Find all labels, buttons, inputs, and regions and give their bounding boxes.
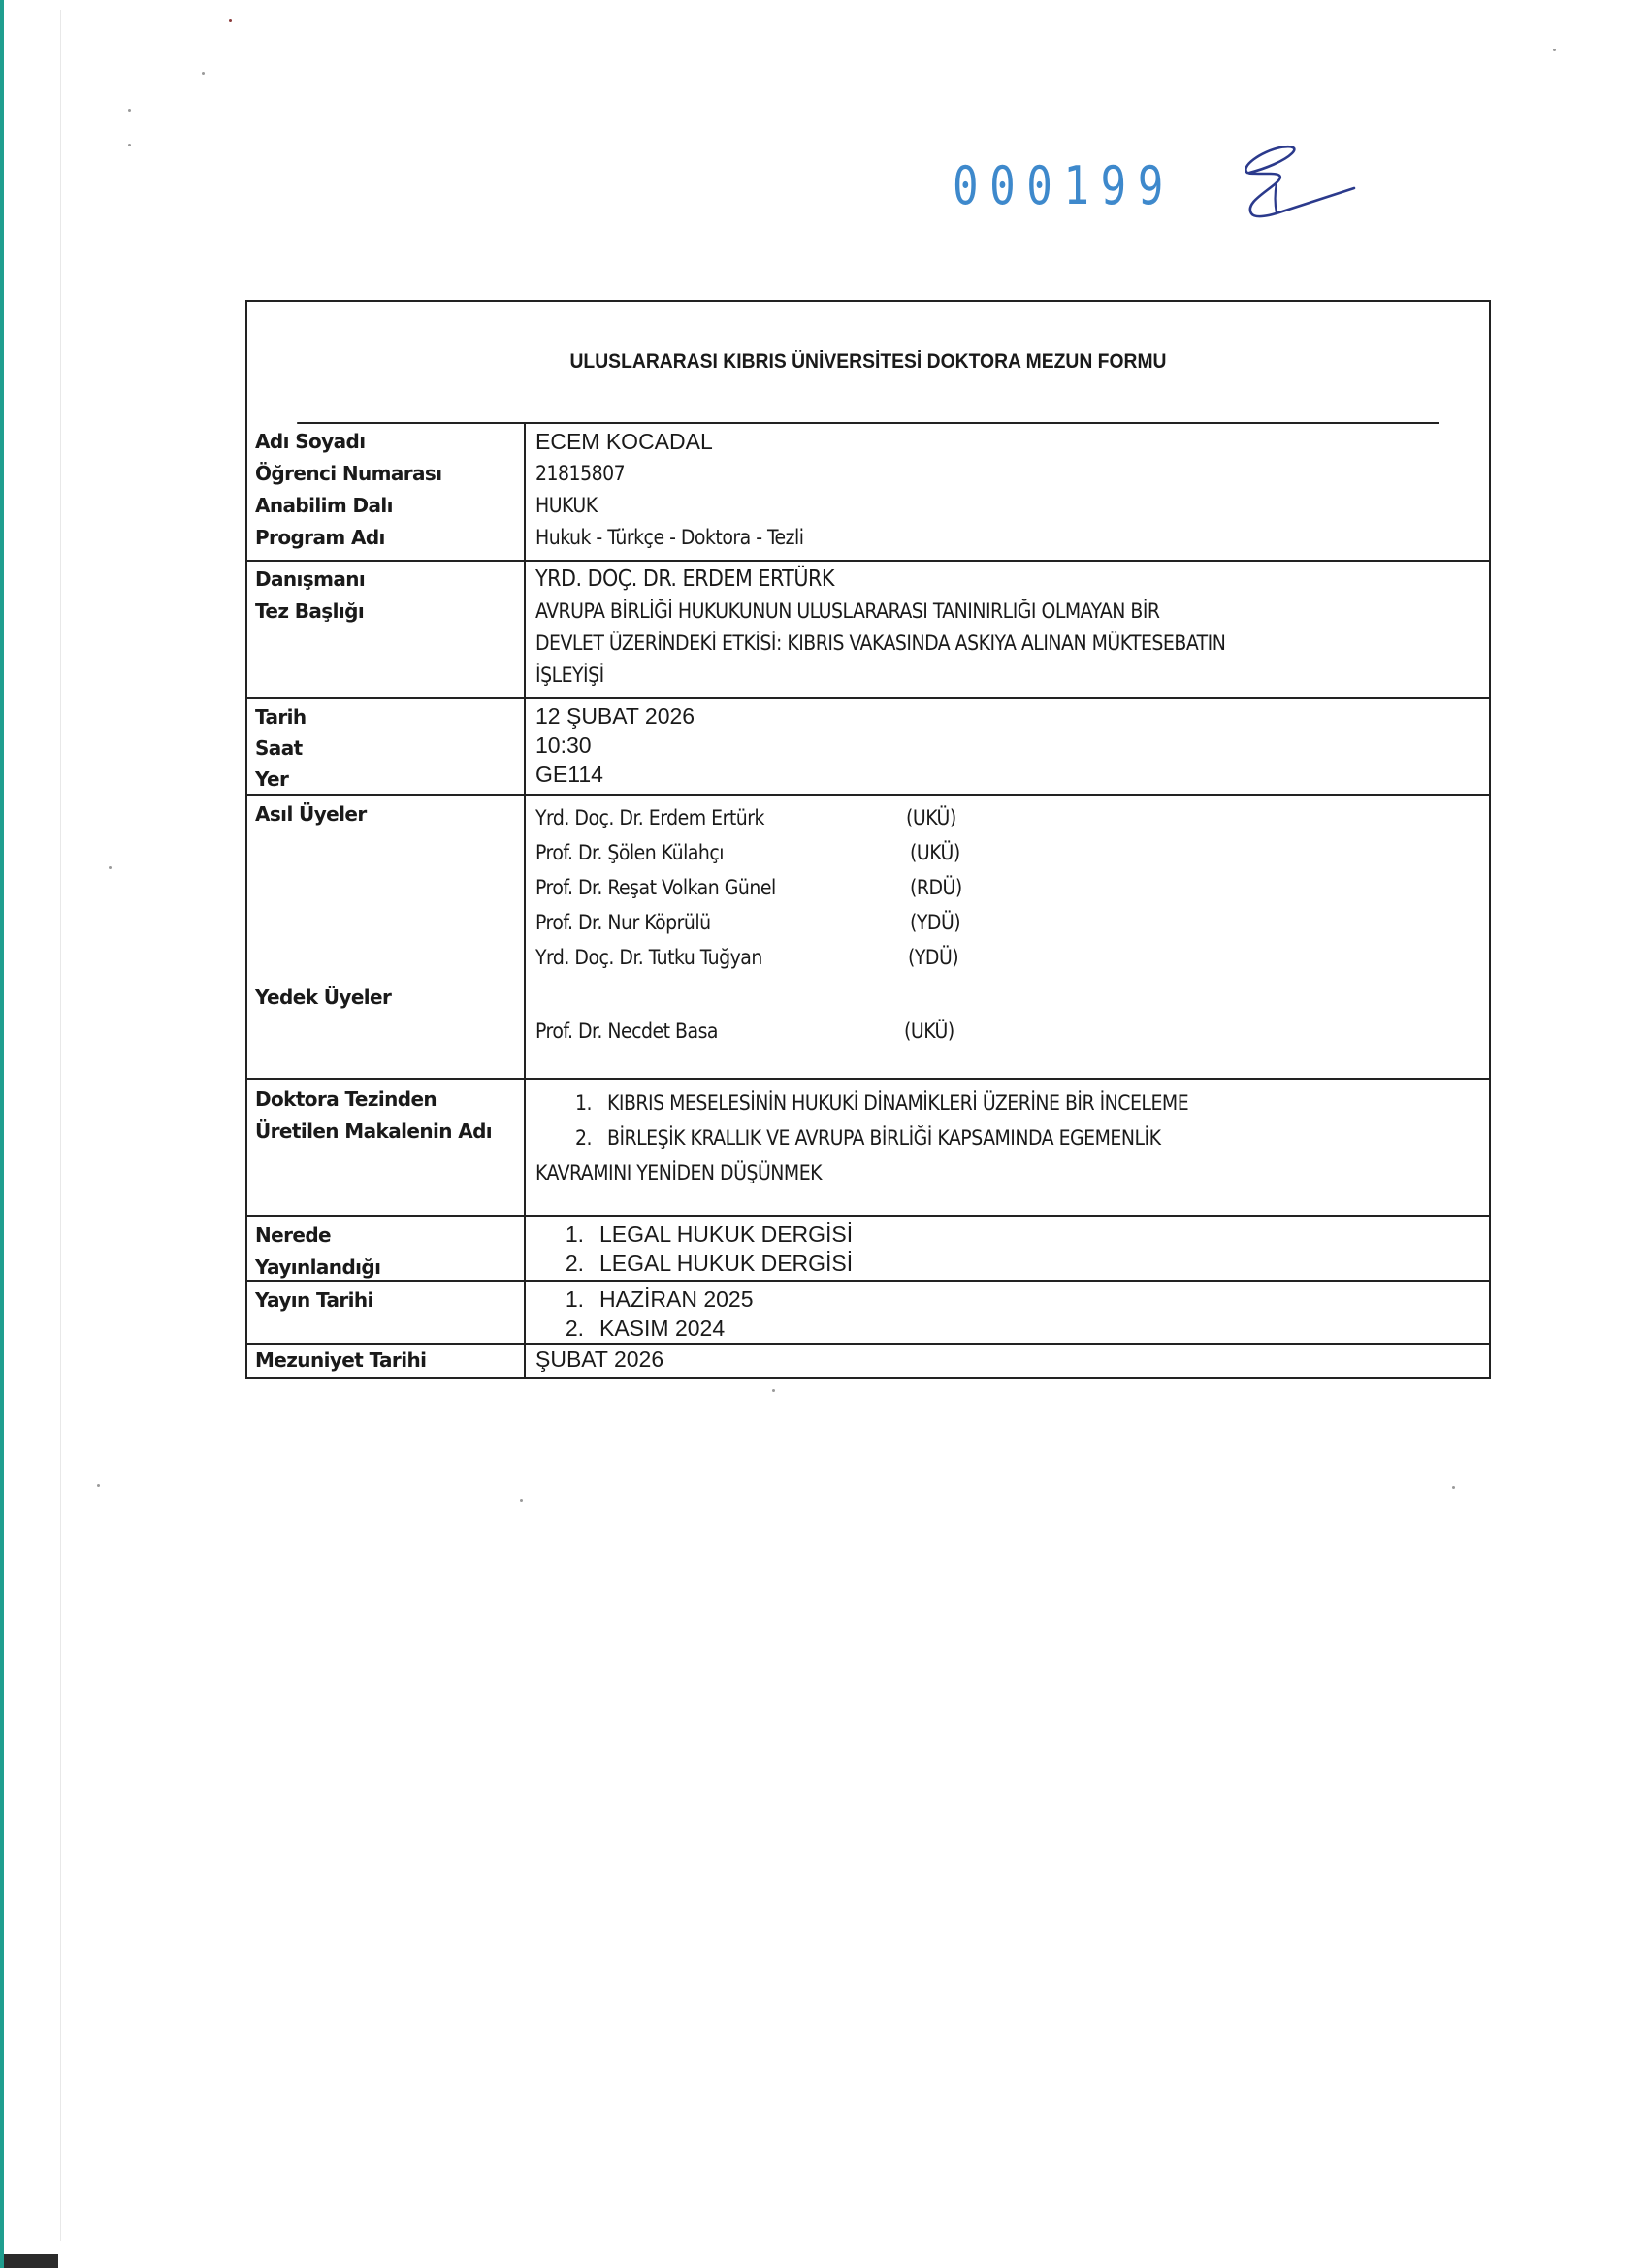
label-graduation-date: Mezuniyet Tarihi xyxy=(255,1345,516,1376)
committee-member: Prof. Dr. Şölen Külahçı (UKÜ) xyxy=(535,835,1481,870)
member-name: Prof. Dr. Nur Köprülü xyxy=(535,905,910,940)
published-where-labels: Nerede Yayınlandığı xyxy=(247,1217,526,1280)
scan-speck xyxy=(1553,49,1556,51)
member-name: Yrd. Doç. Dr. Erdem Ertürk xyxy=(535,800,906,835)
scan-speck xyxy=(229,19,232,22)
value-full-name: ECEM KOCADAL xyxy=(535,426,1481,458)
graduation-label-cell: Mezuniyet Tarihi xyxy=(247,1345,526,1377)
label-publication-date: Yayın Tarihi xyxy=(255,1284,516,1316)
journal-item: 1. LEGAL HUKUK DERGİSİ xyxy=(535,1219,1481,1248)
committee-member: Yrd. Doç. Dr. Tutku Tuğyan (YDÜ) xyxy=(535,940,1481,975)
label-department: Anabilim Dalı xyxy=(255,490,516,522)
member-university: (UKÜ) xyxy=(910,835,960,870)
advisor-labels: Danışmanı Tez Başlığı xyxy=(247,562,526,697)
publication-date-value: HAZİRAN 2025 xyxy=(599,1284,754,1313)
label-substitute-members: Yedek Üyeler xyxy=(255,982,516,1014)
value-time: 10:30 xyxy=(535,730,1481,760)
row-graduation-date: Mezuniyet Tarihi ŞUBAT 2026 xyxy=(247,1345,1489,1377)
row-advisor-thesis: Danışmanı Tez Başlığı YRD. DOÇ. DR. ERDE… xyxy=(247,562,1489,699)
article-number: 2. xyxy=(535,1120,607,1155)
defense-values: 12 ŞUBAT 2026 10:30 GE114 xyxy=(526,699,1489,794)
label-student-number: Öğrenci Numarası xyxy=(255,458,516,490)
scan-edge xyxy=(0,0,4,2268)
row-personal-info: Adı Soyadı Öğrenci Numarası Anabilim Dal… xyxy=(247,424,1489,562)
articles-list: 1. KIBRIS MESELESİNİN HUKUKİ DİNAMİKLERİ… xyxy=(535,1085,1481,1155)
value-thesis-title-line: DEVLET ÜZERİNDEKİ ETKİSİ: KIBRIS VAKASIN… xyxy=(535,628,1481,660)
publication-date-number: 2. xyxy=(535,1313,599,1343)
value-student-number: 21815807 xyxy=(535,458,1481,490)
value-date: 12 ŞUBAT 2026 xyxy=(535,701,1481,730)
publication-date-values: 1. HAZİRAN 2025 2. KASIM 2024 xyxy=(526,1282,1489,1343)
articles-values: 1. KIBRIS MESELESİNİN HUKUKİ DİNAMİKLERİ… xyxy=(526,1080,1489,1215)
row-articles: Doktora Tezinden Üretilen Makalenin Adı … xyxy=(247,1080,1489,1217)
published-where-list: 1. LEGAL HUKUK DERGİSİ 2. LEGAL HUKUK DE… xyxy=(535,1219,1481,1278)
scan-speck xyxy=(520,1499,523,1502)
label-published-where-line: Yayınlandığı xyxy=(255,1251,516,1283)
published-where-values: 1. LEGAL HUKUK DERGİSİ 2. LEGAL HUKUK DE… xyxy=(526,1217,1489,1280)
label-full-name: Adı Soyadı xyxy=(255,426,516,458)
label-articles-line: Üretilen Makalenin Adı xyxy=(255,1116,516,1148)
scan-speck xyxy=(128,144,131,146)
member-university: (UKÜ) xyxy=(906,800,956,835)
journal-name: LEGAL HUKUK DERGİSİ xyxy=(599,1219,853,1248)
committee-values: Yrd. Doç. Dr. Erdem Ertürk (UKÜ) Prof. D… xyxy=(526,796,1489,1078)
committee-member: Prof. Dr. Reşat Volkan Günel (RDÜ) xyxy=(535,870,1481,905)
document-stamp-number: 000199 xyxy=(953,155,1175,216)
graduation-value-cell: ŞUBAT 2026 xyxy=(526,1345,1489,1377)
article-title: BİRLEŞİK KRALLIK VE AVRUPA BİRLİĞİ KAPSA… xyxy=(607,1120,1160,1155)
scan-speck xyxy=(128,109,131,112)
member-name: Prof. Dr. Şölen Külahçı xyxy=(535,835,910,870)
row-committee: Asıl Üyeler Yedek Üyeler Yrd. Doç. Dr. E… xyxy=(247,796,1489,1080)
scan-speck xyxy=(97,1484,100,1487)
value-thesis-title-line: İŞLEYİŞİ xyxy=(535,660,1481,692)
committee-member: Yrd. Doç. Dr. Erdem Ertürk (UKÜ) xyxy=(535,800,1481,835)
defense-labels: Tarih Saat Yer xyxy=(247,699,526,794)
member-university: (YDÜ) xyxy=(910,905,960,940)
value-graduation-date: ŞUBAT 2026 xyxy=(535,1345,1481,1374)
label-principal-members: Asıl Üyeler xyxy=(255,798,516,830)
member-university: (UKÜ) xyxy=(904,1014,954,1049)
scan-speck xyxy=(1452,1486,1455,1489)
article-title: KIBRIS MESELESİNİN HUKUKİ DİNAMİKLERİ ÜZ… xyxy=(607,1085,1188,1120)
label-date: Tarih xyxy=(255,701,516,732)
label-thesis-title: Tez Başlığı xyxy=(255,596,516,628)
value-thesis-title-line: AVRUPA BİRLİĞİ HUKUKUNUN ULUSLARARASI TA… xyxy=(535,596,1481,628)
journal-name: LEGAL HUKUK DERGİSİ xyxy=(599,1248,853,1278)
scan-speck xyxy=(772,1389,775,1392)
advisor-values: YRD. DOÇ. DR. ERDEM ERTÜRK AVRUPA BİRLİĞ… xyxy=(526,562,1489,697)
label-time: Saat xyxy=(255,732,516,763)
member-university: (RDÜ) xyxy=(910,870,962,905)
member-name: Prof. Dr. Necdet Basa xyxy=(535,1014,904,1049)
handwritten-signature-icon xyxy=(1242,144,1358,221)
value-program: Hukuk - Türkçe - Doktora - Tezli xyxy=(535,522,1481,554)
article-title-continuation: KAVRAMINI YENİDEN DÜŞÜNMEK xyxy=(535,1161,822,1184)
personal-labels: Adı Soyadı Öğrenci Numarası Anabilim Dal… xyxy=(247,424,526,560)
value-place: GE114 xyxy=(535,760,1481,789)
publication-date-label-cell: Yayın Tarihi xyxy=(247,1282,526,1343)
journal-number: 1. xyxy=(535,1219,599,1248)
value-advisor: YRD. DOÇ. DR. ERDEM ERTÜRK xyxy=(535,564,1481,596)
article-item: 1. KIBRIS MESELESİNİN HUKUKİ DİNAMİKLERİ… xyxy=(535,1085,1481,1120)
label-place: Yer xyxy=(255,763,516,794)
personal-values: ECEM KOCADAL 21815807 HUKUK Hukuk - Türk… xyxy=(526,424,1489,560)
publication-date-list: 1. HAZİRAN 2025 2. KASIM 2024 xyxy=(535,1284,1481,1343)
form-title: ULUSLARARASI KIBRIS ÜNİVERSİTESİ DOKTORA… xyxy=(297,302,1439,424)
publication-date-value: KASIM 2024 xyxy=(599,1313,725,1343)
committee-labels: Asıl Üyeler Yedek Üyeler xyxy=(247,796,526,1078)
row-defense-details: Tarih Saat Yer 12 ŞUBAT 2026 10:30 GE114 xyxy=(247,699,1489,796)
publication-date-item: 2. KASIM 2024 xyxy=(535,1313,1481,1343)
doctoral-graduate-form: ULUSLARARASI KIBRIS ÜNİVERSİTESİ DOKTORA… xyxy=(245,300,1491,1379)
scan-corner-shadow xyxy=(4,2254,58,2268)
row-publication-date: Yayın Tarihi 1. HAZİRAN 2025 2. KASIM 20… xyxy=(247,1282,1489,1345)
label-published-where-line: Nerede xyxy=(255,1219,516,1251)
publication-date-number: 1. xyxy=(535,1284,599,1313)
member-name: Prof. Dr. Reşat Volkan Günel xyxy=(535,870,910,905)
label-advisor: Danışmanı xyxy=(255,564,516,596)
article-item: 2. BİRLEŞİK KRALLIK VE AVRUPA BİRLİĞİ KA… xyxy=(535,1120,1481,1155)
scan-fold-line xyxy=(60,10,61,2241)
label-articles-line: Doktora Tezinden xyxy=(255,1084,516,1116)
scan-speck xyxy=(109,866,112,869)
row-published-where: Nerede Yayınlandığı 1. LEGAL HUKUK DERGİ… xyxy=(247,1217,1489,1282)
journal-item: 2. LEGAL HUKUK DERGİSİ xyxy=(535,1248,1481,1278)
value-department: HUKUK xyxy=(535,490,1481,522)
label-program: Program Adı xyxy=(255,522,516,554)
journal-number: 2. xyxy=(535,1248,599,1278)
article-number: 1. xyxy=(535,1085,607,1120)
member-university: (YDÜ) xyxy=(908,940,958,975)
scan-speck xyxy=(202,72,205,75)
substitute-member: Prof. Dr. Necdet Basa (UKÜ) xyxy=(535,1014,1481,1049)
articles-labels: Doktora Tezinden Üretilen Makalenin Adı xyxy=(247,1080,526,1215)
publication-date-item: 1. HAZİRAN 2025 xyxy=(535,1284,1481,1313)
member-name: Yrd. Doç. Dr. Tutku Tuğyan xyxy=(535,940,908,975)
committee-member: Prof. Dr. Nur Köprülü (YDÜ) xyxy=(535,905,1481,940)
